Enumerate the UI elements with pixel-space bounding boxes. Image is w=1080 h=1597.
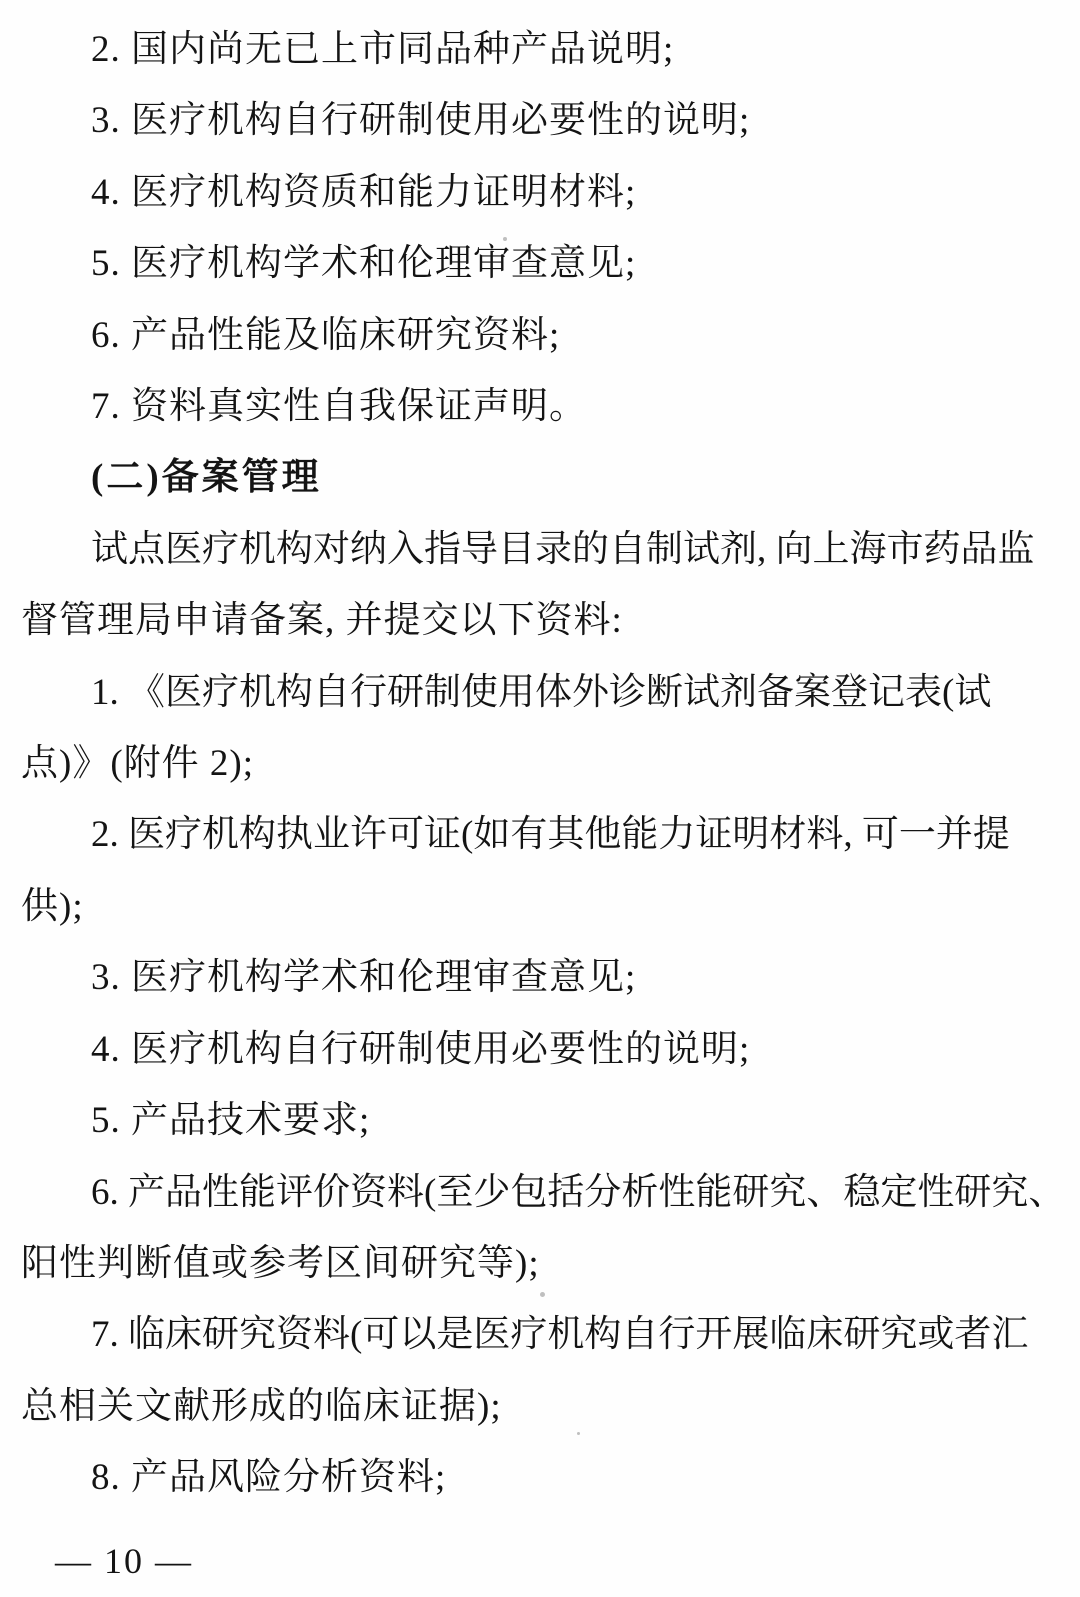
scanned-document-page: 2. 国内尚无已上市同品种产品说明; 3. 医疗机构自行研制使用必要性的说明; … <box>0 0 1080 1597</box>
scan-artifact-speck <box>577 1432 580 1435</box>
list-item: 3. 医疗机构学术和伦理审查意见; <box>21 942 1060 1013</box>
page-number: — 10 — <box>55 1540 193 1582</box>
list-item: 6. 产品性能评价资料(至少包括分析性能研究、稳定性研究、 <box>21 1157 1060 1228</box>
list-item: 7. 临床研究资料(可以是医疗机构自行开展临床研究或者汇 <box>21 1299 1060 1370</box>
section-heading: (二)备案管理 <box>21 442 1060 513</box>
scan-artifact-speck <box>503 237 507 241</box>
list-item-continuation: 点)》(附件 2); <box>21 728 1060 799</box>
list-item: 5. 医疗机构学术和伦理审查意见; <box>21 228 1060 299</box>
list-item: 4. 医疗机构资质和能力证明材料; <box>21 157 1060 228</box>
list-item-continuation: 总相关文献形成的临床证据); <box>21 1371 1060 1442</box>
document-body: 2. 国内尚无已上市同品种产品说明; 3. 医疗机构自行研制使用必要性的说明; … <box>21 14 1060 1514</box>
list-item: 2. 国内尚无已上市同品种产品说明; <box>21 14 1060 85</box>
list-item: 4. 医疗机构自行研制使用必要性的说明; <box>21 1014 1060 1085</box>
list-item: 5. 产品技术要求; <box>21 1085 1060 1156</box>
list-item: 6. 产品性能及临床研究资料; <box>21 300 1060 371</box>
list-item: 7. 资料真实性自我保证声明。 <box>21 371 1060 442</box>
paragraph-line: 试点医疗机构对纳入指导目录的自制试剂, 向上海市药品监 <box>21 514 1060 585</box>
paragraph-line-continuation: 督管理局申请备案, 并提交以下资料: <box>21 585 1060 656</box>
list-item-continuation: 阳性判断值或参考区间研究等); <box>21 1228 1060 1299</box>
list-item: 3. 医疗机构自行研制使用必要性的说明; <box>21 85 1060 156</box>
list-item-continuation: 供); <box>21 871 1060 942</box>
list-item: 1. 《医疗机构自行研制使用体外诊断试剂备案登记表(试 <box>21 657 1060 728</box>
list-item: 8. 产品风险分析资料; <box>21 1442 1060 1513</box>
scan-artifact-speck <box>540 1292 545 1297</box>
list-item: 2. 医疗机构执业许可证(如有其他能力证明材料, 可一并提 <box>21 799 1060 870</box>
